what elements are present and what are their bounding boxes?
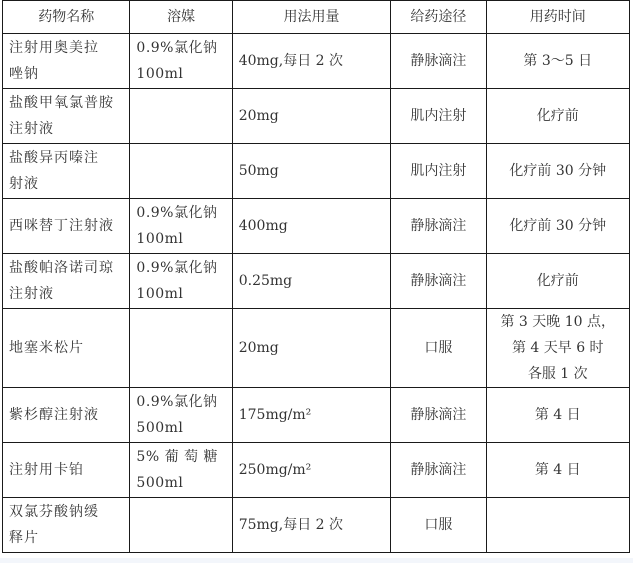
time-cell: 化疗前 30 分钟 bbox=[486, 199, 629, 254]
time-line: 各服 1 次 bbox=[493, 361, 623, 387]
drug-name-cell: 盐酸异丙嗪注射液 bbox=[3, 144, 130, 199]
solvent-line: 500ml bbox=[136, 415, 225, 441]
solvent-cell: 0.9%氯化钠100ml bbox=[130, 199, 232, 254]
time-line: 化疗前 30 分钟 bbox=[493, 213, 623, 239]
drug-name-line: 盐酸帕洛诺司琼 bbox=[9, 255, 123, 281]
solvent-cell: 0.9%氯化钠100ml bbox=[130, 254, 232, 309]
time-cell: 第 4 日 bbox=[486, 388, 629, 443]
route-cell: 静脉滴注 bbox=[391, 34, 486, 89]
drug-name-line: 射液 bbox=[9, 171, 123, 197]
header-drug-name: 药物名称 bbox=[3, 1, 130, 34]
time-cell bbox=[486, 498, 629, 553]
time-line: 第 4 天早 6 时 bbox=[493, 335, 623, 361]
drug-name-line: 注射用卡铂 bbox=[9, 457, 123, 483]
solvent-line: 0.9%氯化钠 bbox=[136, 255, 225, 281]
dosage-cell: 50mg bbox=[232, 144, 391, 199]
route-cell: 口服 bbox=[391, 309, 486, 388]
drug-name-line: 盐酸甲氧氯普胺 bbox=[9, 90, 123, 116]
time-cell: 第 3 天晚 10 点，第 4 天早 6 时各服 1 次 bbox=[486, 309, 629, 388]
table-row: 盐酸异丙嗪注射液 50mg 肌内注射 化疗前 30 分钟 bbox=[3, 144, 630, 199]
medication-table: 药物名称 溶媒 用法用量 给药途径 用药时间 注射用奥美拉唑钠 0.9%氯化钠1… bbox=[2, 0, 630, 553]
time-cell: 化疗前 bbox=[486, 89, 629, 144]
solvent-line: 100ml bbox=[136, 281, 225, 307]
bottom-edge bbox=[0, 558, 633, 563]
dosage-cell: 400mg bbox=[232, 199, 391, 254]
drug-name-line: 唑钠 bbox=[9, 61, 123, 87]
table-row: 地塞米松片 20mg 口服 第 3 天晚 10 点，第 4 天早 6 时各服 1… bbox=[3, 309, 630, 388]
drug-name-cell: 紫杉醇注射液 bbox=[3, 388, 130, 443]
table-row: 西咪替丁注射液 0.9%氯化钠100ml 400mg 静脉滴注 化疗前 30 分… bbox=[3, 199, 630, 254]
table-row: 双氯芬酸钠缓释片 75mg,每日 2 次 口服 bbox=[3, 498, 630, 553]
drug-name-line: 地塞米松片 bbox=[9, 335, 123, 361]
table-row: 注射用卡铂 5% 葡 萄 糖500ml 250mg/m² 静脉滴注 第 4 日 bbox=[3, 443, 630, 498]
table-row: 注射用奥美拉唑钠 0.9%氯化钠100ml 40mg,每日 2 次 静脉滴注 第… bbox=[3, 34, 630, 89]
drug-name-cell: 地塞米松片 bbox=[3, 309, 130, 388]
table-row: 盐酸帕洛诺司琼注射液 0.9%氯化钠100ml 0.25mg 静脉滴注 化疗前 bbox=[3, 254, 630, 309]
dosage-cell: 175mg/m² bbox=[232, 388, 391, 443]
solvent-cell bbox=[130, 498, 232, 553]
dosage-cell: 20mg bbox=[232, 89, 391, 144]
drug-name-line: 注射用奥美拉 bbox=[9, 35, 123, 61]
time-cell: 化疗前 bbox=[486, 254, 629, 309]
solvent-cell bbox=[130, 144, 232, 199]
time-line: 化疗前 30 分钟 bbox=[493, 158, 623, 184]
time-cell: 化疗前 30 分钟 bbox=[486, 144, 629, 199]
time-line: 第 4 日 bbox=[493, 457, 623, 483]
header-solvent: 溶媒 bbox=[130, 1, 232, 34]
drug-name-line: 西咪替丁注射液 bbox=[9, 213, 123, 239]
route-cell: 静脉滴注 bbox=[391, 443, 486, 498]
drug-name-line: 注射液 bbox=[9, 281, 123, 307]
header-dosage: 用法用量 bbox=[232, 1, 391, 34]
drug-name-cell: 盐酸甲氧氯普胺注射液 bbox=[3, 89, 130, 144]
dosage-cell: 250mg/m² bbox=[232, 443, 391, 498]
header-route: 给药途径 bbox=[391, 1, 486, 34]
solvent-line: 100ml bbox=[136, 226, 225, 252]
drug-name-line: 注射液 bbox=[9, 116, 123, 142]
solvent-cell bbox=[130, 89, 232, 144]
solvent-line: 500ml bbox=[136, 470, 225, 496]
header-time: 用药时间 bbox=[486, 1, 629, 34]
drug-name-line: 紫杉醇注射液 bbox=[9, 402, 123, 428]
solvent-line: 0.9%氯化钠 bbox=[136, 200, 225, 226]
table-row: 盐酸甲氧氯普胺注射液 20mg 肌内注射 化疗前 bbox=[3, 89, 630, 144]
solvent-cell: 5% 葡 萄 糖500ml bbox=[130, 443, 232, 498]
time-line: 第 4 日 bbox=[493, 402, 623, 428]
route-cell: 肌内注射 bbox=[391, 144, 486, 199]
time-cell: 第 4 日 bbox=[486, 443, 629, 498]
solvent-line: 0.9%氯化钠 bbox=[136, 389, 225, 415]
drug-name-cell: 注射用卡铂 bbox=[3, 443, 130, 498]
time-line: 化疗前 bbox=[493, 268, 623, 294]
route-cell: 口服 bbox=[391, 498, 486, 553]
drug-name-cell: 盐酸帕洛诺司琼注射液 bbox=[3, 254, 130, 309]
solvent-line: 100ml bbox=[136, 61, 225, 87]
drug-name-line: 释片 bbox=[9, 525, 123, 551]
solvent-cell: 0.9%氯化钠100ml bbox=[130, 34, 232, 89]
dosage-cell: 75mg,每日 2 次 bbox=[232, 498, 391, 553]
drug-name-line: 双氯芬酸钠缓 bbox=[9, 499, 123, 525]
time-line: 化疗前 bbox=[493, 103, 623, 129]
time-line: 第 3～5 日 bbox=[493, 48, 623, 74]
solvent-line: 5% 葡 萄 糖 bbox=[136, 444, 225, 470]
drug-name-cell: 西咪替丁注射液 bbox=[3, 199, 130, 254]
route-cell: 静脉滴注 bbox=[391, 388, 486, 443]
drug-name-cell: 双氯芬酸钠缓释片 bbox=[3, 498, 130, 553]
route-cell: 肌内注射 bbox=[391, 89, 486, 144]
solvent-cell bbox=[130, 309, 232, 388]
route-cell: 静脉滴注 bbox=[391, 199, 486, 254]
dosage-cell: 40mg,每日 2 次 bbox=[232, 34, 391, 89]
dosage-cell: 20mg bbox=[232, 309, 391, 388]
solvent-line: 0.9%氯化钠 bbox=[136, 35, 225, 61]
route-cell: 静脉滴注 bbox=[391, 254, 486, 309]
drug-name-cell: 注射用奥美拉唑钠 bbox=[3, 34, 130, 89]
time-line: 第 3 天晚 10 点， bbox=[493, 309, 623, 335]
header-row: 药物名称 溶媒 用法用量 给药途径 用药时间 bbox=[3, 1, 630, 34]
solvent-cell: 0.9%氯化钠500ml bbox=[130, 388, 232, 443]
table-row: 紫杉醇注射液 0.9%氯化钠500ml 175mg/m² 静脉滴注 第 4 日 bbox=[3, 388, 630, 443]
time-cell: 第 3～5 日 bbox=[486, 34, 629, 89]
dosage-cell: 0.25mg bbox=[232, 254, 391, 309]
drug-name-line: 盐酸异丙嗪注 bbox=[9, 145, 123, 171]
